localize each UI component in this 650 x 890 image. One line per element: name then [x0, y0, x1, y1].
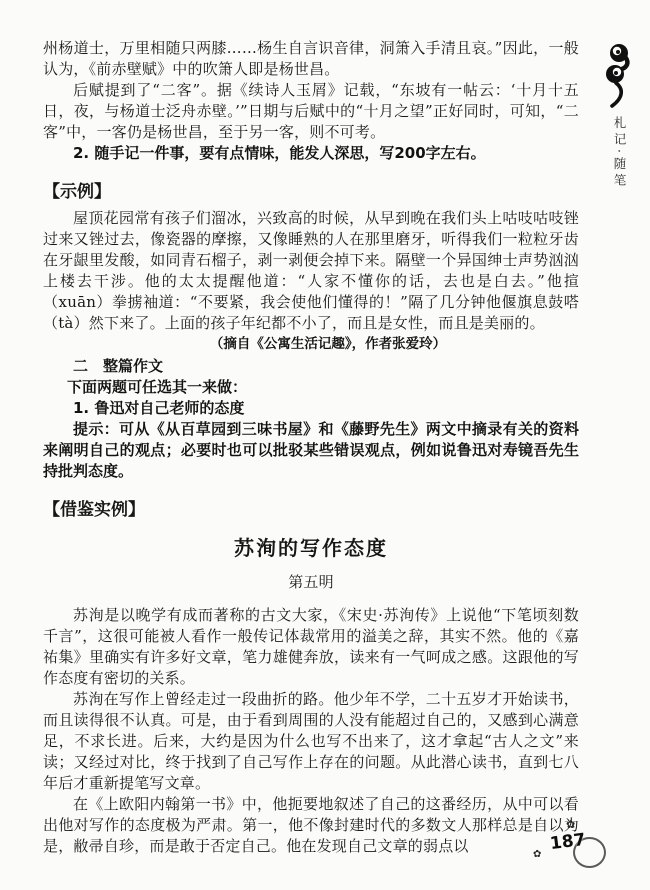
essay-title: 苏洵的写作态度	[43, 534, 579, 562]
flower-icon: ✿	[566, 820, 575, 831]
exercise-item-1: 1. 鲁迅对自己老师的态度	[43, 398, 579, 419]
text-column: 州杨道士，万里相随只两膝……杨生自言识音律，洞箫入手清且哀。”因此，一般认为，《…	[43, 38, 579, 857]
margin-label: 札记·随笔	[610, 116, 628, 190]
exercise-item-2: 2. 随手记一件事，要有点情味，能发人深思，写200字左右。	[43, 143, 579, 164]
essay-author: 第五明	[43, 572, 579, 593]
reference-heading: 【借鉴实例】	[43, 498, 579, 522]
example-heading: 【示例】	[43, 180, 579, 204]
paragraph-two-guests: 后赋提到了“二客”。据《续诗人玉屑》记载，“东坡有一帖云：‘十月十五日，夜，与杨…	[43, 80, 579, 143]
book-page: 州杨道士，万里相随只两膝……杨生自言识音律，洞箫入手清且哀。”因此，一般认为，《…	[0, 0, 650, 890]
example-source: （摘自《公寓生活记趣》，作者张爱玲）	[43, 334, 579, 354]
section-two-heading: 二 整篇作文	[43, 356, 579, 377]
page-number: 187	[549, 830, 587, 854]
example-body: 屋顶花园常有孩子们溜冰，兴致高的时候，从早到晚在我们头上咕吱咕吱锉过来又锉过去，…	[43, 208, 579, 334]
essay-paragraph-3: 在《上欧阳内翰第一书》中，他扼要地叙述了自己的这番经历，从中可以看出他对写作的态…	[43, 794, 579, 857]
essay-paragraph-2: 苏洵在写作上曾经走过一段曲折的路。他少年不学，二十五岁才开始读书，而且读得很不认…	[43, 689, 579, 794]
paragraph-continuation: 州杨道士，万里相随只两膝……杨生自言识音律，洞箫入手清且哀。”因此，一般认为，《…	[43, 38, 579, 80]
exercise-hint: 提示：可从《从百草园到三味书屋》和《藤野先生》两文中摘录有关的资料来阐明自己的观…	[43, 419, 579, 482]
essay-paragraph-1: 苏洵是以晚学有成而著称的古文大家，《宋史·苏洵传》上说他“下笔顷刻数千言”，这很…	[43, 605, 579, 689]
flower-icon: ✿	[533, 849, 541, 860]
flourish-ornament-icon	[601, 40, 635, 110]
page-number-stamp: ✿ ✿ 187	[544, 825, 610, 877]
section-two-intro: 下面两题可任选其一来做：	[43, 377, 579, 398]
